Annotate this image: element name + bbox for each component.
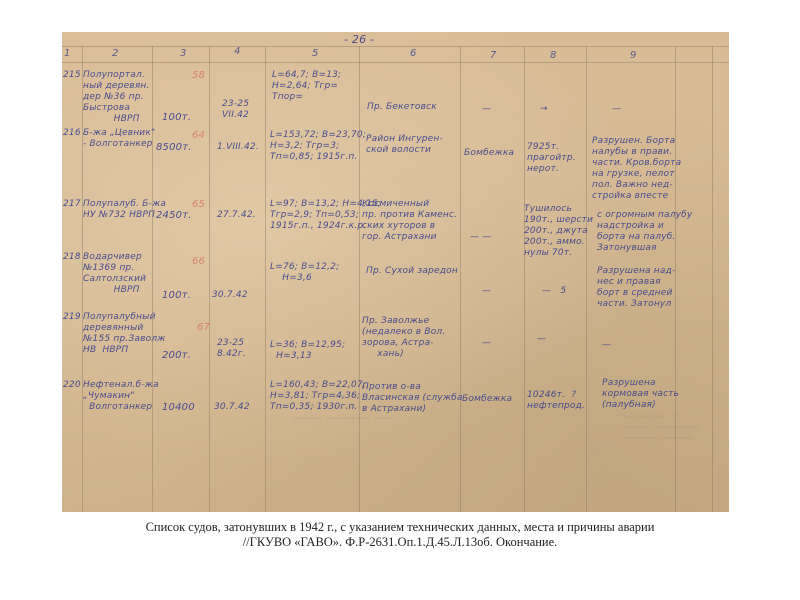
tonnage: 8500т. <box>156 142 192 153</box>
col9: Разрушена кормовая часть (палубная) <box>602 378 679 411</box>
col8: Тушилось 190т., шерсти 200т., джута 200т… <box>524 204 593 259</box>
grid-line <box>209 46 210 512</box>
caption-line-2: //ГКУВО «ГАВО». Ф.Р-2631.Оп.1.Д.45.Л.13о… <box>0 535 800 550</box>
column-header-6: 6 <box>410 48 417 59</box>
col8: — <box>537 334 546 345</box>
tonnage: 100т. <box>162 290 191 301</box>
date: 23-25 VII.42 <box>222 99 249 121</box>
tonnage: 200т. <box>162 350 191 361</box>
specs: L=153,72; B=23,70; H=3,2; Тгр=3; Тп=0,85… <box>270 130 366 163</box>
col9: с огромным палубу надстройка и борта на … <box>597 210 692 254</box>
tonnage: 2450т. <box>156 210 192 221</box>
row-number: 220 <box>63 380 81 391</box>
specs: L=64,7; B=13; H=2,64; Тгр= Тпор= <box>272 70 341 103</box>
column-header-5: 5 <box>312 48 319 59</box>
row-number: 217 <box>63 199 81 210</box>
row-number: 216 <box>63 128 81 139</box>
grid-line <box>62 46 729 47</box>
column-header-4: 4 <box>234 46 241 57</box>
col9: Разрушен. Борта налубы в прави. части. К… <box>592 136 681 202</box>
col9: Разрушена над- нес и правая борт в средн… <box>597 266 675 310</box>
date: 30.7.42 <box>214 402 250 413</box>
col7: Бомбежка <box>464 148 514 159</box>
grid-line <box>712 46 713 512</box>
column-header-8: 8 <box>550 50 557 61</box>
col8: 10246т. ? нефтепрод. <box>527 390 585 412</box>
bleed-through-text: ~~~~~~ ~~ ~~~~ ~~~~~~ ~~~~~ ~~~~ <box>622 412 700 445</box>
col7: — — <box>470 232 491 243</box>
page-number: - 26 - <box>344 34 374 45</box>
caption-line-1: Список судов, затонувших в 1942 г., с ук… <box>0 520 800 535</box>
col7: — <box>482 104 491 115</box>
date: 1.VIII.42. <box>217 142 259 153</box>
grid-line <box>265 46 266 512</box>
column-header-9: 9 <box>630 50 637 61</box>
date: 30.7.42 <box>212 290 248 301</box>
column-header-7: 7 <box>490 50 497 61</box>
location: Пр. Сухой заредон <box>366 266 458 277</box>
grid-line <box>152 46 153 512</box>
col9: — <box>602 340 611 351</box>
specs: L=76; B=12,2; H=3,6 <box>270 262 339 284</box>
specs: L=36; B=12,95; H=3,13 <box>270 340 345 362</box>
archival-document-scan: ~~~ ~~~~ ~~ ~~~~~~~ ~~~~~ ~~~~ ~~~~ ~~~~… <box>62 32 729 512</box>
row-number: 215 <box>63 70 81 81</box>
row-number: 219 <box>63 312 81 323</box>
location: Пр. Бекетовск <box>367 102 437 113</box>
date: 23-25 8.42г. <box>217 338 246 360</box>
row-number: 218 <box>63 252 81 263</box>
red-pencil-mark: 67 <box>197 322 210 333</box>
specs: L=160,43; B=22,07; H=3,81; Тгр=4,36; Тп=… <box>270 380 366 413</box>
col8: → <box>540 104 548 115</box>
red-pencil-mark: 65 <box>192 199 205 210</box>
vessel-name: Нефтенал.б-жа „Чумакин" Волготанкер <box>83 380 159 413</box>
red-pencil-mark: 64 <box>192 130 205 141</box>
column-header-2: 2 <box>112 48 119 59</box>
tonnage: 100т. <box>162 112 191 123</box>
location: Космиченный пр. против Каменс. ских хуто… <box>362 199 457 243</box>
vessel-name: Полупалубный деревянный №155 пр.Заволж Н… <box>83 312 166 356</box>
vessel-name: Полупалуб. Б-жа НУ №732 НВРП <box>83 199 166 221</box>
red-pencil-mark: 58 <box>192 70 205 81</box>
tonnage: 10400 <box>162 402 195 413</box>
grid-line <box>524 46 525 512</box>
col9: — <box>612 104 621 115</box>
grid-line <box>62 62 729 63</box>
column-header-3: 3 <box>180 48 187 59</box>
image-caption: Список судов, затонувших в 1942 г., с ук… <box>0 520 800 550</box>
grid-line <box>586 46 587 512</box>
column-header-1: 1 <box>64 48 71 59</box>
col7: — <box>482 286 491 297</box>
location: Район Ингурен- ской волости <box>366 134 443 156</box>
location: Против о-ва Власинская (служба в Астраха… <box>362 382 463 415</box>
col8: — 5 <box>542 286 566 297</box>
vessel-name: Б-жа „Цевник" - Волготанкер <box>83 128 155 150</box>
date: 27.7.42. <box>217 210 256 221</box>
col7: Бомбежка <box>462 394 512 405</box>
col8: 7925т. прагойтр. нерот. <box>527 142 576 175</box>
red-pencil-mark: 66 <box>192 256 205 267</box>
vessel-name: Водарчивер №1369 пр. Салтолзский НВРП <box>83 252 146 296</box>
location: Пр. Заволжье (недалеко в Вол. зорова, Ас… <box>362 316 445 360</box>
vessel-name: Полупортал. ный деревян. дер №36 пр. Быс… <box>83 70 150 125</box>
col7: — <box>482 338 491 349</box>
grid-line <box>359 46 360 512</box>
grid-line <box>460 46 461 512</box>
